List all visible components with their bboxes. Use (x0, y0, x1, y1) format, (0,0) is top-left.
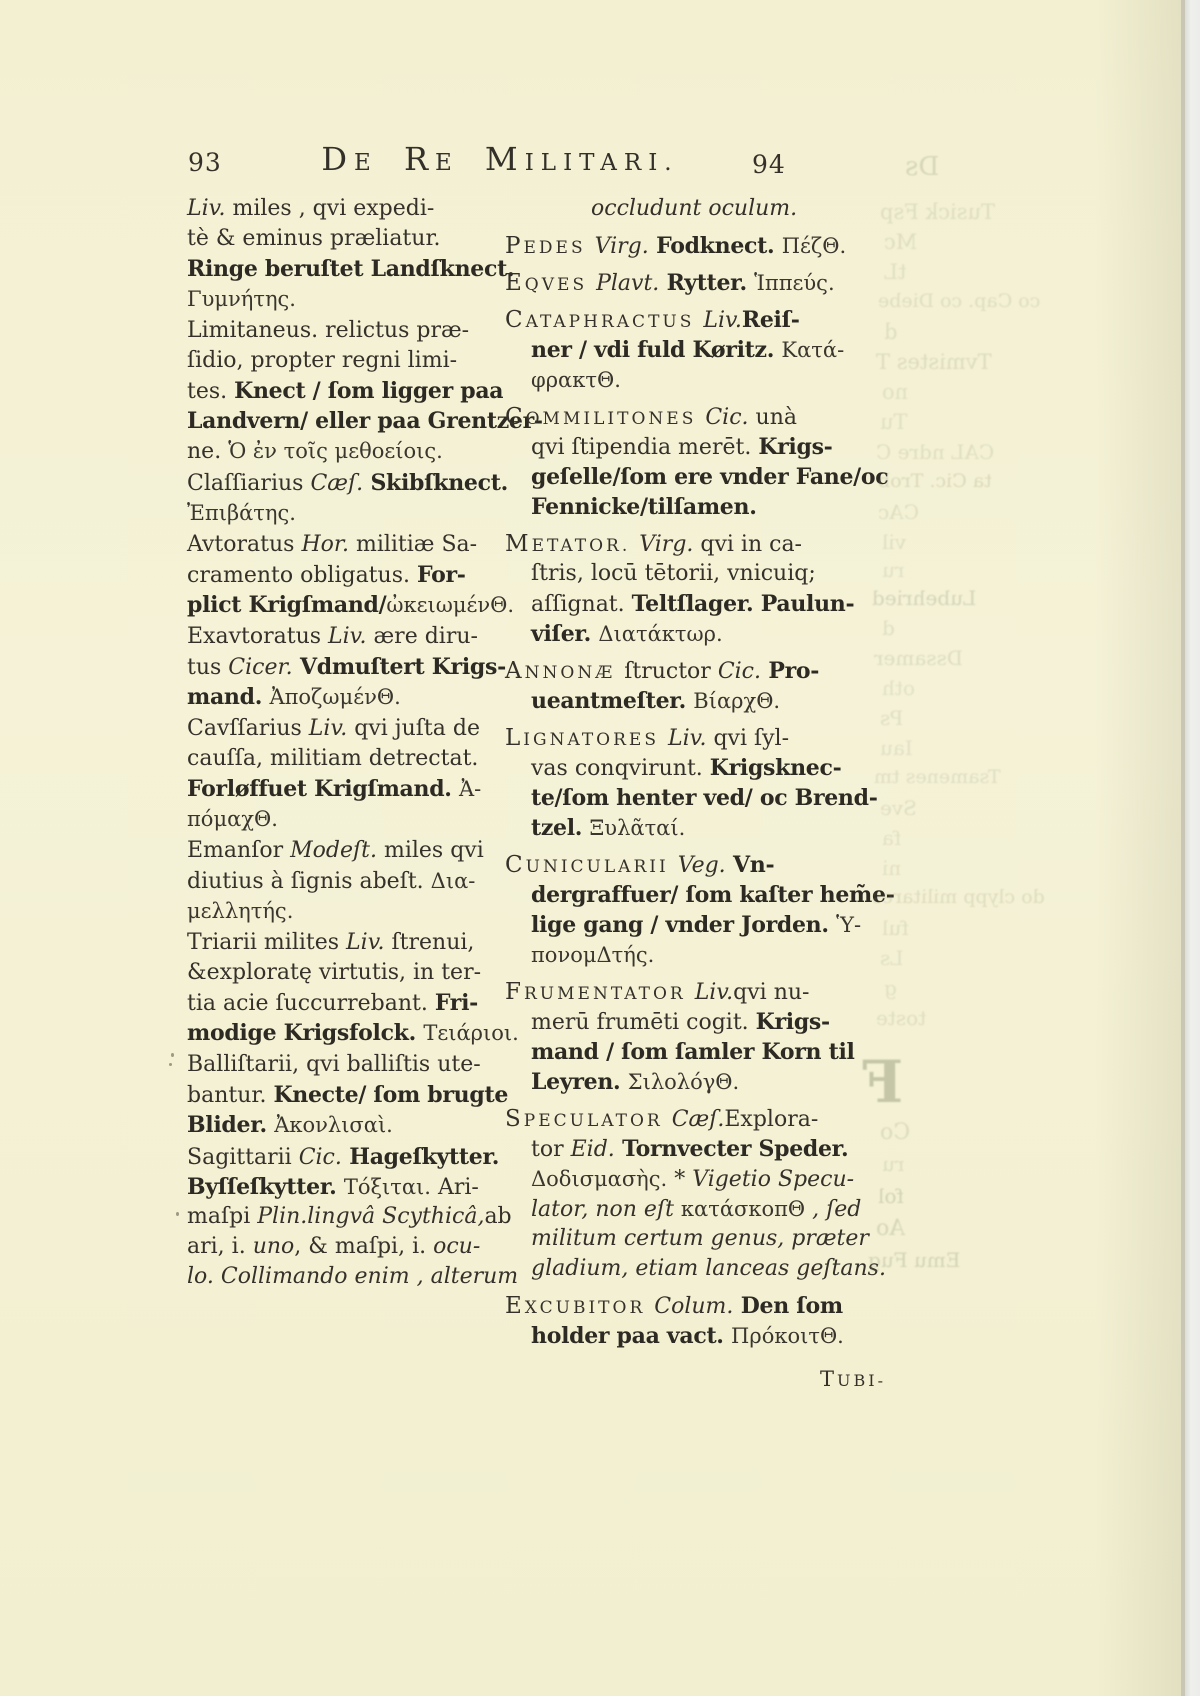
text-segment: Ringe beruſtet Landſknect. (187, 256, 514, 282)
bleedthrough-text: g (884, 976, 897, 1000)
text-line: lo. Collimando enim , alterum (187, 1262, 517, 1292)
text-line: FRUMENTATOR Liv.qvi nu- (505, 977, 890, 1007)
text-segment: &exploratę virtutis, in ter- (187, 960, 481, 985)
text-segment: viſer. (531, 621, 598, 647)
text-segment: Virg. (632, 532, 693, 557)
text-segment: Δια- (431, 869, 476, 893)
text-segment: Veg. (671, 853, 726, 878)
text-segment: dergraffuer/ ſom kaſter hem̃e- (531, 882, 895, 908)
text-segment: Knecte/ ſom brugte (273, 1082, 508, 1108)
text-line: lator, non eſt κατάσκοπΘ , ſed (505, 1194, 890, 1224)
text-segment: FRUMENTATOR (505, 980, 686, 1005)
text-line: ſidio, propter regni limi- (187, 346, 517, 376)
text-line: tzel. Ξυλᾶταί. (505, 813, 890, 843)
text-segment: miles , qvi expedi- (225, 196, 434, 221)
text-line: Balliſtarii, qvi balliſtis ute- (187, 1050, 517, 1080)
catchword: TUBI- (505, 1367, 890, 1391)
dictionary-entry: FRUMENTATOR Liv.qvi nu-merū frumēti cogi… (505, 977, 890, 1097)
text-line: te/ſom henter ved/ oc Brend- (505, 783, 890, 813)
dictionary-entry: Exavtoratus Liv. ære diru-tus Cicer. Vdm… (187, 622, 517, 712)
text-line: tus Cicer. Vdmuſtert Krigs- (187, 652, 517, 682)
scanner-background (1185, 0, 1200, 1696)
text-segment: militiæ Sa- (349, 532, 477, 557)
bleedthrough-text: fa (882, 826, 901, 850)
text-line: gladium, etiam lanceas geſtans. (505, 1254, 890, 1284)
text-segment: geſelle/ſom ere vnder Fane/oc (531, 464, 888, 490)
text-segment: modige Krigsfolck. (187, 1020, 423, 1046)
text-line: METATOR. Virg. qvi in ca- (505, 529, 890, 559)
text-segment: qvi ſtipendia merēt. (531, 435, 758, 460)
text-segment: diutius à ſignis abeſt. (187, 869, 431, 894)
text-segment: Emanſor (187, 838, 290, 863)
bleedthrough-text: Iau (880, 736, 913, 760)
text-segment: gladium, etiam lanceas geſtans. (531, 1256, 886, 1281)
text-segment: Krigs- (756, 1009, 830, 1035)
dictionary-entry: PEDES Virg. Fodknect. ΠέζΘ. (505, 231, 890, 261)
dictionary-entry: EQVES Plavt. Rytter. Ἱππεύς. (505, 268, 890, 298)
text-segment: plict Krigſmand/ (187, 592, 386, 618)
text-segment: Forløffuet Krigſmand. (187, 776, 459, 802)
text-segment: Hor. (301, 532, 349, 557)
bleedthrough-text: Tsamenes tm (874, 766, 1001, 788)
bleedthrough-text: CAL ndre C (876, 440, 994, 464)
text-line: merū frumēti cogit. Krigs- (505, 1007, 890, 1037)
text-segment: Liv. (187, 196, 225, 221)
text-segment: tzel. (531, 815, 590, 841)
text-line: viſer. Διατάκτωρ. (505, 619, 890, 649)
text-segment: lige gang / vnder Jorden. (531, 912, 836, 938)
text-segment: Virg. (588, 234, 649, 259)
bleedthrough-text: no (882, 380, 908, 404)
text-segment: Cicer. (228, 655, 292, 680)
text-line: maſpi Plin.lingvâ Scythicâ,ab (187, 1202, 517, 1232)
bleedthrough-text: Lubehried (872, 586, 976, 610)
dictionary-entry: Sagittarii Cic. Hageſkytter.Byſſeſkytter… (187, 1142, 517, 1292)
text-segment: Cic. (718, 659, 761, 684)
text-line: mand. ἈποζωμένΘ. (187, 682, 517, 712)
text-line: φρακτΘ. (505, 365, 890, 395)
text-line: πόμαχΘ. (187, 804, 517, 834)
bleedthrough-text: Dssamer (874, 646, 963, 670)
text-segment: Fennicke/tilſamen. (531, 494, 757, 520)
text-line: Leyren. ΣιλολόγΘ. (505, 1067, 890, 1097)
bleedthrough-text: oth (882, 676, 915, 700)
text-line: aſſignat. Teltſlager. Paulun- (505, 589, 890, 619)
text-line: Triarii milites Liv. ſtrenui, (187, 928, 517, 958)
dictionary-entry: LIGNATORES Liv. qvi ſyl-vas conqvirunt. … (505, 723, 890, 843)
text-segment: Vn- (726, 852, 775, 878)
text-line: lige gang / vnder Jorden. Ὑ- (505, 910, 890, 940)
text-segment: Plavt. (589, 271, 659, 296)
dictionary-entry: EXCUBITOR Colum. Den ſomholder paa vact.… (505, 1291, 890, 1351)
text-line: EQVES Plavt. Rytter. Ἱππεύς. (505, 268, 890, 298)
text-line: Exavtoratus Liv. ære diru- (187, 622, 517, 652)
text-line: bantur. Knecte/ ſom brugte (187, 1080, 517, 1110)
text-line: Byſſeſkytter. Τόξιται. Ari- (187, 1172, 517, 1202)
bleedthrough-text: Ls (880, 946, 904, 970)
text-segment: ſidio, propter regni limi- (187, 348, 457, 373)
dictionary-entry: CATAPHRACTUS Liv.Reiſ-ner / vdi fuld Kør… (505, 305, 890, 395)
text-segment: mand / ſom ſamler Korn til (531, 1039, 855, 1065)
dictionary-entry: Cavſſarius Liv. qvi juſta decauſſa, mili… (187, 714, 517, 834)
text-segment: Vdmuſtert Krigs- (293, 654, 506, 680)
dust-speck (171, 1053, 174, 1057)
text-line: cauſſa, militiam detrectat. (187, 744, 517, 774)
text-segment: Claſſiarius (187, 471, 310, 496)
text-segment: Triarii milites (187, 930, 346, 955)
text-segment: Krigsknec- (710, 755, 842, 781)
text-segment: Τόξιται. (344, 1175, 431, 1199)
text-line: occludunt oculum. (505, 194, 890, 224)
dictionary-entry: Triarii milites Liv. ſtrenui,&exploratę … (187, 928, 517, 1048)
bleedthrough-text: ru (882, 558, 904, 582)
text-segment: Ari- (431, 1175, 479, 1200)
bleedthrough-text: Mc (884, 230, 917, 254)
text-segment: , & maſpi, i. (294, 1234, 433, 1259)
bleedthrough-text: Sve (880, 796, 917, 820)
text-segment: ΣιλολόγΘ. (628, 1070, 739, 1094)
text-segment: For- (417, 562, 466, 588)
bleedthrough-text: tL (884, 260, 906, 284)
bleedthrough-text: Co (880, 1120, 910, 1145)
text-line: cramento obligatus. For- (187, 560, 517, 590)
text-segment: tus (187, 655, 228, 680)
text-line: plict Krigſmand/ὠκειωμένΘ. (187, 590, 517, 620)
text-line: diutius à ſignis abeſt. Δια- (187, 866, 517, 896)
text-segment: Tornvecter Speder. (615, 1136, 849, 1162)
text-segment: Cic. (299, 1145, 342, 1170)
text-segment: ſtructor (617, 659, 718, 684)
text-segment: cramento obligatus. (187, 563, 417, 588)
text-line: LIGNATORES Liv. qvi ſyl- (505, 723, 890, 753)
text-segment: Plin.lingvâ Scythicâ, (257, 1204, 484, 1229)
text-line: Emanſor Modeſt. miles qvi (187, 836, 517, 866)
text-segment: Knect / ſom ligger paa (234, 378, 503, 404)
text-segment: Sagittarii (187, 1145, 299, 1170)
text-segment: Pro- (761, 658, 819, 684)
text-segment: militum certum genus, præter (531, 1226, 869, 1251)
bleedthrough-text: Emu Fug (868, 1248, 960, 1272)
text-line: ne. Ὁ ἐν τοῖς μεθοείοις. (187, 436, 517, 466)
page-number-right: 94 (752, 150, 786, 179)
text-line: Forløffuet Krigſmand. Ἀ- (187, 774, 517, 804)
text-segment: Byſſeſkytter. (187, 1174, 344, 1200)
text-segment: tes. (187, 379, 234, 404)
text-segment: SPECULATOR (505, 1107, 663, 1132)
text-line: SPECULATOR Cæſ.Explora- (505, 1104, 890, 1134)
bleedthrough-text: Ao (876, 1216, 905, 1241)
text-line: Blider. Ἀκονλισαὶ. (187, 1110, 517, 1140)
text-segment: ΠρόκοιτΘ. (731, 1324, 844, 1348)
text-line: Limitaneus. relictus præ- (187, 316, 517, 346)
text-segment: Exavtoratus (187, 624, 328, 649)
bleedthrough-text: ru (882, 1152, 904, 1176)
dictionary-entry: Liv. miles , qvi expedi-tè & eminus præl… (187, 194, 517, 314)
bleedthrough-text: ta Cic. Trob (878, 470, 992, 492)
text-segment: unà (749, 405, 797, 430)
text-segment: Ἀ- (459, 777, 481, 801)
text-segment: Hageſkytter. (342, 1144, 499, 1170)
text-segment: Leyren. (531, 1069, 628, 1095)
text-segment: Fodknect. (649, 233, 782, 259)
bleedthrough-text: d (882, 616, 895, 640)
text-line: tè & eminus præliatur. (187, 224, 517, 254)
text-segment: Krigs- (758, 434, 832, 460)
dictionary-entry: CUNICULARII Veg. Vn-dergraffuer/ ſom kaſ… (505, 850, 890, 970)
text-line: &exploratę virtutis, in ter- (187, 958, 517, 988)
text-segment: CATAPHRACTUS (505, 308, 694, 333)
text-segment: Avtoratus (187, 532, 301, 557)
text-line: qvi ſtipendia merēt. Krigs- (505, 432, 890, 462)
text-line: πονομΔτής. (505, 940, 890, 970)
text-segment: cauſſa, militiam detrectat. (187, 746, 478, 771)
text-segment: Cic. (698, 405, 748, 430)
text-segment: EQVES (505, 271, 587, 296)
text-line: geſelle/ſom ere vnder Fane/oc (505, 462, 890, 492)
bleedthrough-text: d (884, 320, 897, 344)
bleedthrough-text: ni (882, 856, 901, 880)
text-segment: PEDES (505, 234, 586, 259)
text-segment: tè & eminus præliatur. (187, 226, 441, 251)
text-segment: πόμαχΘ. (187, 807, 278, 831)
dictionary-entry: SPECULATOR Cæſ.Explora-tor Eid. Tornvect… (505, 1104, 890, 1284)
text-line: CATAPHRACTUS Liv.Reiſ- (505, 305, 890, 335)
bleedthrough-text: Ds (905, 152, 939, 182)
text-segment: Ἀκονλισαὶ. (274, 1113, 393, 1137)
text-segment: holder paa vact. (531, 1323, 731, 1349)
text-segment: Modeſt. (290, 838, 377, 863)
text-segment: maſpi (187, 1204, 257, 1229)
text-segment: Skibſknect. (363, 470, 508, 496)
text-segment: ἈποζωμένΘ. (269, 685, 400, 709)
bleedthrough-text: do clypp militares (872, 886, 1045, 908)
text-segment: ſtrenui, (385, 930, 475, 955)
text-segment: Cavſſarius (187, 716, 309, 741)
text-line: COMMILITONES Cic. unà (505, 402, 890, 432)
text-line: holder paa vact. ΠρόκοιτΘ. (505, 1321, 890, 1351)
text-segment: ΒίαρχΘ. (693, 689, 780, 713)
text-line: tes. Knect / ſom ligger paa (187, 376, 517, 406)
text-segment: Liv. (346, 930, 384, 955)
text-segment: qvi in ca- (693, 532, 802, 557)
text-line: Δοδισμασὴς. * Vigetio Specu- (505, 1164, 890, 1194)
text-segment: ANNONÆ (505, 659, 615, 684)
bleedthrough-text: Ps (880, 706, 903, 730)
bleedthrough-text: CAc (878, 500, 919, 524)
dust-speck (176, 1212, 179, 1216)
text-segment: Blider. (187, 1112, 274, 1138)
dictionary-entry: Claſſiarius Cæſ. Skibſknect.Ἐπιβάτης. (187, 468, 517, 528)
text-segment: ſtris, locū tētorii, vnicuiq; (531, 561, 816, 586)
text-segment: qvi nu- (733, 980, 809, 1005)
text-segment: Eid. (571, 1137, 615, 1162)
dictionary-entry: Avtoratus Hor. militiæ Sa-cramento oblig… (187, 530, 517, 620)
text-segment: ΠέζΘ. (782, 234, 846, 258)
text-line: Cavſſarius Liv. qvi juſta de (187, 714, 517, 744)
text-segment: mand. (187, 684, 269, 710)
text-segment: qvi ſyl- (706, 726, 789, 751)
text-line: Avtoratus Hor. militiæ Sa- (187, 530, 517, 560)
text-segment: Cæſ. (310, 471, 363, 496)
text-segment: Colum. (647, 1294, 733, 1319)
text-segment: tor (531, 1137, 571, 1162)
text-line: CUNICULARII Veg. Vn- (505, 850, 890, 880)
bleedthrough-text: fol (878, 1184, 904, 1208)
text-segment: φρακτΘ. (531, 368, 621, 392)
text-line: modige Krigsfolck. Τειάριοι. (187, 1018, 517, 1048)
text-segment: Landvern/ eller paa Grentzer- (187, 408, 543, 434)
text-segment: occludunt oculum. (591, 196, 797, 221)
bleedthrough-text: F (862, 1048, 903, 1116)
text-segment: , ſed (805, 1197, 861, 1222)
text-segment: qvi juſta de (347, 716, 480, 741)
text-line: ueantmeſter. ΒίαρχΘ. (505, 686, 890, 716)
text-segment: Liv. (328, 624, 366, 649)
text-line: Γυμνήτης. (187, 284, 517, 314)
text-segment: Liv. (688, 980, 733, 1005)
dictionary-entry: ANNONÆ ſtructor Cic. Pro-ueantmeſter. Βί… (505, 656, 890, 716)
text-segment: miles qvi (377, 838, 484, 863)
page-edge-shadow (1095, 0, 1181, 1696)
text-segment: Limitaneus. relictus præ- (187, 318, 469, 343)
dust-speck (169, 1063, 172, 1066)
text-line: ſtris, locū tētorii, vnicuiq; (505, 559, 890, 589)
text-line: mand / ſom ſamler Korn til (505, 1037, 890, 1067)
text-segment: Ἱππεύς. (754, 271, 834, 295)
book-page: 93 DE RE MILITARI. 94 Liv. miles , qvi e… (0, 0, 1181, 1696)
text-segment: lo. Collimando enim , alterum (187, 1264, 518, 1289)
dictionary-entry: occludunt oculum. (505, 194, 890, 224)
text-line: μελλητής. (187, 896, 517, 926)
bleedthrough-text: toste (876, 1006, 926, 1030)
text-segment: ære diru- (367, 624, 478, 649)
text-line: ner / vdi fuld Køritz. Κατά- (505, 335, 890, 365)
text-line: Ringe beruſtet Landſknect. (187, 254, 517, 284)
text-segment: Fri- (435, 990, 478, 1016)
text-line: ANNONÆ ſtructor Cic. Pro- (505, 656, 890, 686)
text-line: Fennicke/tilſamen. (505, 492, 890, 522)
text-line: Sagittarii Cic. Hageſkytter. (187, 1142, 517, 1172)
text-segment: vas conqvirunt. (531, 756, 710, 781)
text-line: Ἐπιβάτης. (187, 498, 517, 528)
text-line: dergraffuer/ ſom kaſter hem̃e- (505, 880, 890, 910)
text-line: Liv. miles , qvi expedi- (187, 194, 517, 224)
text-segment: EXCUBITOR (505, 1294, 645, 1319)
text-segment: METATOR. (505, 532, 630, 557)
text-segment: * Vigetio Specu- (667, 1167, 854, 1192)
text-segment: aſſignat. (531, 592, 632, 617)
text-line: vas conqvirunt. Krigsknec- (505, 753, 890, 783)
bleedthrough-text: Tu (880, 410, 908, 434)
text-segment: Balliſtarii, qvi balliſtis ute- (187, 1052, 481, 1077)
text-segment: Den ſom (733, 1293, 842, 1319)
text-segment: uno (253, 1234, 295, 1259)
text-line: Claſſiarius Cæſ. Skibſknect. (187, 468, 517, 498)
text-segment: Liv. (696, 308, 741, 333)
dictionary-entry: COMMILITONES Cic. unàqvi ſtipendia merēt… (505, 402, 890, 522)
bleedthrough-text: vil (882, 530, 906, 554)
text-segment: Liv. (661, 726, 706, 751)
text-segment: bantur. (187, 1083, 273, 1108)
text-segment: Teltſlager. Paulun- (632, 591, 855, 617)
text-segment: μελλητής. (187, 899, 293, 923)
text-column-right: occludunt oculum.PEDES Virg. Fodknect. Π… (505, 194, 890, 1391)
text-segment: ner / vdi fuld Køritz. (531, 337, 781, 363)
text-segment: Ξυλᾶταί. (590, 816, 686, 840)
text-line: Landvern/ eller paa Grentzer- (187, 406, 517, 436)
text-segment: Reiſ- (742, 307, 800, 333)
text-segment: Liv. (309, 716, 347, 741)
text-line: ari, i. uno, & maſpi, i. ocu- (187, 1232, 517, 1262)
text-segment: Ὑ- (836, 913, 861, 937)
text-line: EXCUBITOR Colum. Den ſom (505, 1291, 890, 1321)
text-segment: Γυμνήτης. (187, 287, 296, 311)
text-segment: Ὁ ἐν τοῖς μεθοείοις. (228, 439, 443, 463)
text-segment: ueantmeſter. (531, 688, 693, 714)
page-title: DE RE MILITARI. (280, 140, 720, 178)
text-segment: Διατάκτωρ. (598, 622, 722, 646)
text-segment: tia acie ſuccurrebant. (187, 991, 435, 1016)
text-segment: lator, non eſt (531, 1197, 681, 1222)
dictionary-entry: Emanſor Modeſt. miles qvidiutius à ſigni… (187, 836, 517, 926)
dictionary-entry: Balliſtarii, qvi balliſtis ute-bantur. K… (187, 1050, 517, 1140)
text-segment: Κατά- (781, 338, 844, 362)
bleedthrough-text: co Cap. co Diebe (878, 290, 1040, 312)
text-segment: merū frumēti cogit. (531, 1010, 756, 1035)
text-line: militum certum genus, præter (505, 1224, 890, 1254)
bleedthrough-text: ful (882, 916, 909, 940)
bleedthrough-text: Tusick Fsp (880, 200, 995, 224)
page-number-left: 93 (188, 148, 222, 177)
text-segment: Rytter. (659, 270, 754, 296)
text-column-left: Liv. miles , qvi expedi-tè & eminus præl… (187, 194, 517, 1294)
dictionary-entry: Limitaneus. relictus præ-ſidio, propter … (187, 316, 517, 466)
text-segment: te/ſom henter ved/ oc Brend- (531, 785, 878, 811)
text-segment: ocu- (433, 1234, 480, 1259)
text-segment: ari, i. (187, 1234, 253, 1259)
text-segment: πονομΔτής. (531, 943, 654, 967)
text-line: PEDES Virg. Fodknect. ΠέζΘ. (505, 231, 890, 261)
text-segment: ne. (187, 439, 228, 464)
text-segment: LIGNATORES (505, 726, 659, 751)
text-segment: κατάσκοπΘ (681, 1197, 805, 1221)
text-segment: Cæſ. (665, 1107, 725, 1132)
text-segment: Ἐπιβάτης. (187, 501, 296, 525)
bleedthrough-text: Tvmistes T (876, 350, 992, 374)
dictionary-entry: METATOR. Virg. qvi in ca-ſtris, locū tēt… (505, 529, 890, 649)
text-segment: ὠκειωμένΘ. (386, 593, 514, 617)
text-segment: CUNICULARII (505, 853, 669, 878)
text-segment: Δοδισμασὴς. (531, 1167, 667, 1191)
text-line: tia acie ſuccurrebant. Fri- (187, 988, 517, 1018)
text-segment: COMMILITONES (505, 405, 696, 430)
text-line: tor Eid. Tornvecter Speder. (505, 1134, 890, 1164)
text-segment: Explora- (724, 1107, 818, 1132)
